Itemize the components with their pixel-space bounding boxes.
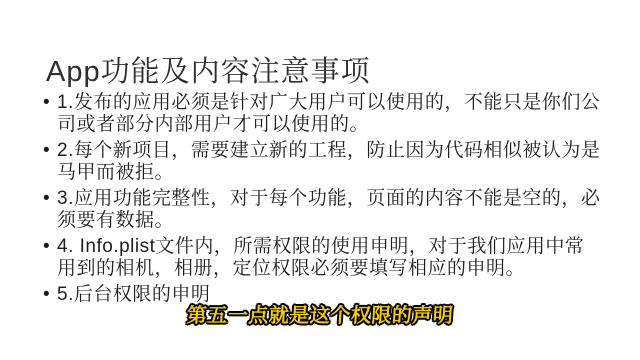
- slide-title: App功能及内容注意事项: [46, 49, 371, 90]
- bullet-item: 2.每个新项目，需要建立新的工程，防止因为代码相似被认为是马甲而被拒。: [45, 140, 601, 184]
- caption-text: 第五一点就是这个权限的声明: [186, 299, 455, 328]
- bullet-list: 1.发布的应用必须是针对广大用户可以使用的，不能只是你们公司或者部分内部用户才可…: [45, 92, 601, 310]
- bullet-item: 3.应用功能完整性，对于每个功能，页面的内容不能是空的，必须要有数据。: [45, 188, 601, 232]
- bullet-item: 4. Info.plist文件内，所需权限的使用申明，对于我们应用中常用到的相机…: [45, 236, 601, 280]
- subtitle-overlay: 第五一点就是这个权限的声明: [0, 299, 640, 328]
- bullet-item: 1.发布的应用必须是针对广大用户可以使用的，不能只是你们公司或者部分内部用户才可…: [45, 92, 601, 136]
- slide-canvas: App功能及内容注意事项 1.发布的应用必须是针对广大用户可以使用的，不能只是你…: [0, 0, 640, 360]
